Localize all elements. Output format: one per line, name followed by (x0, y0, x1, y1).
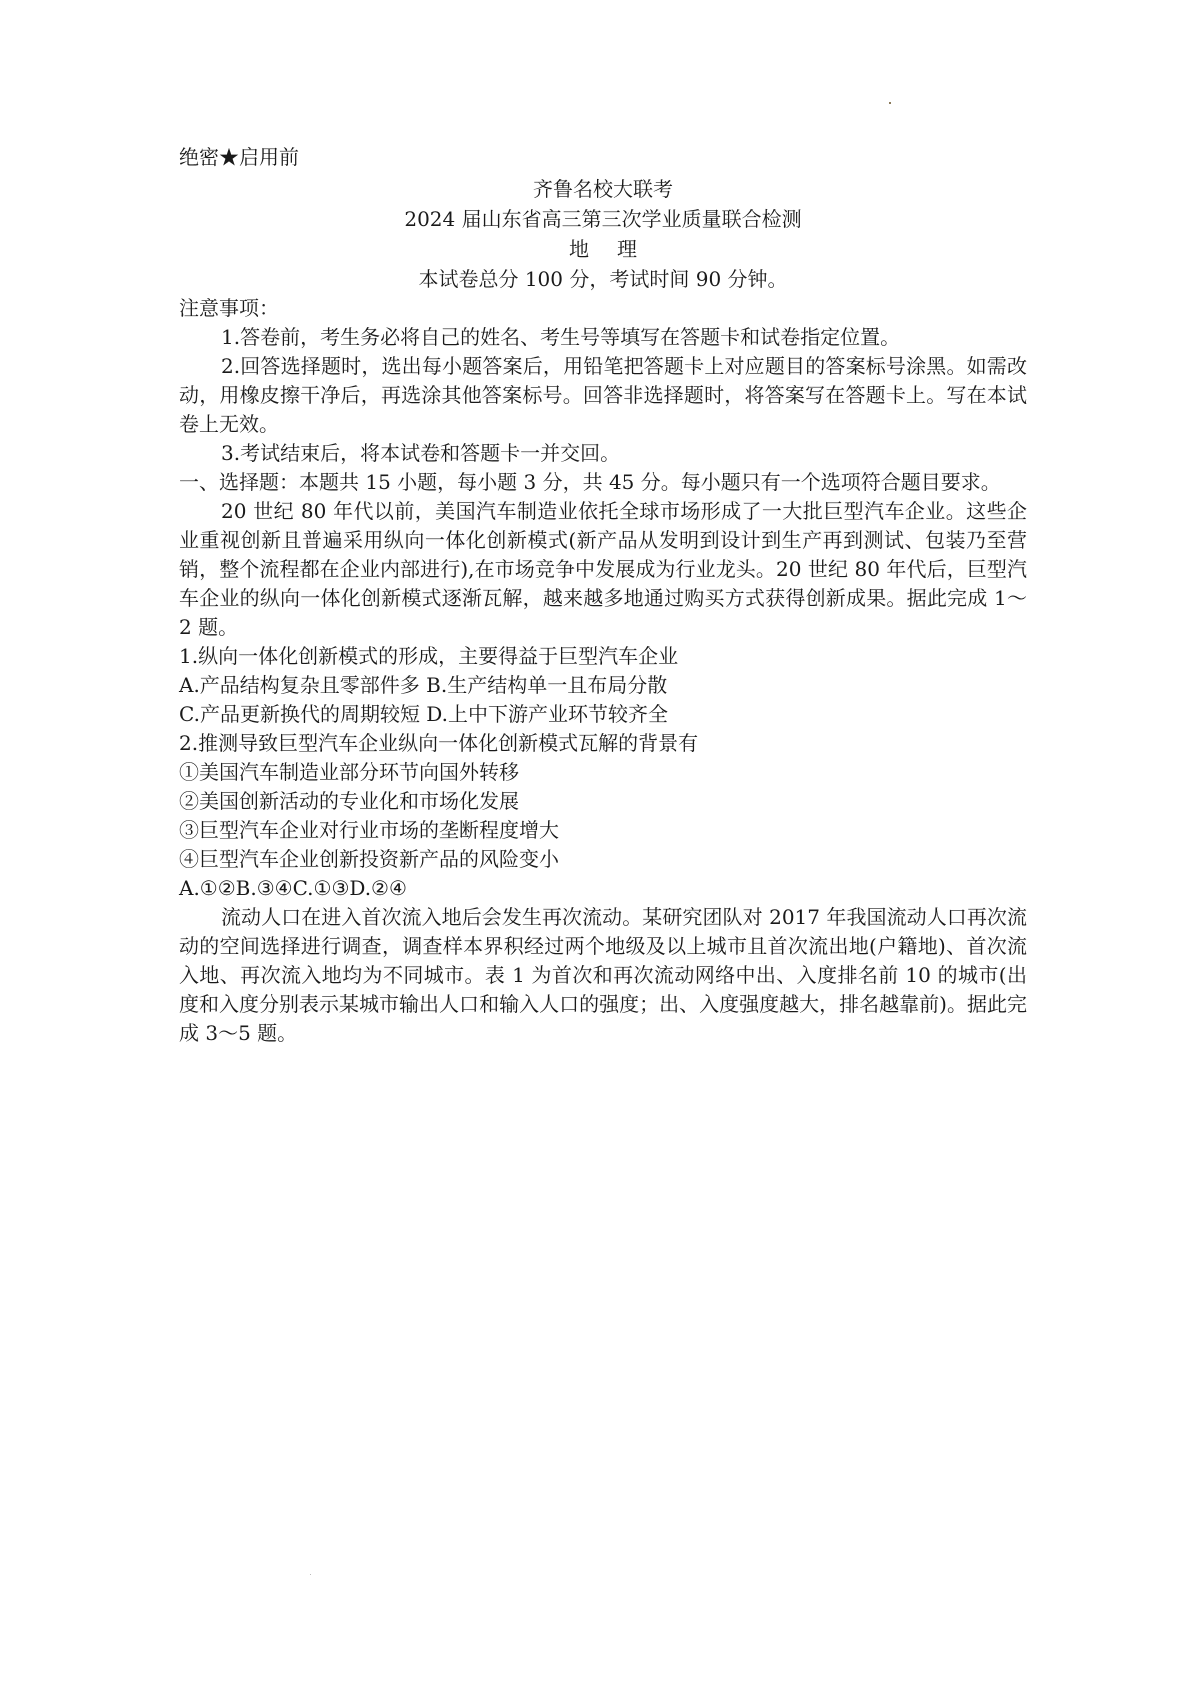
reading-passage-2: 流动人口在进入首次流入地后会发生再次流动。某研究团队对 2017 年我国流动人口… (179, 903, 1027, 1048)
exam-page: 绝密★启用前 齐鲁名校大联考 2024 届山东省高三第三次学业质量联合检测 地理… (179, 143, 1027, 1048)
title-block: 齐鲁名校大联考 2024 届山东省高三第三次学业质量联合检测 地理 本试卷总分 … (179, 174, 1027, 294)
score-time-note: 本试卷总分 100 分，考试时间 90 分钟。 (179, 264, 1027, 294)
notes-heading: 注意事项： (179, 294, 1027, 323)
organization-title: 齐鲁名校大联考 (179, 174, 1027, 204)
note-item: 3.考试结束后，将本试卷和答题卡一并交回。 (179, 439, 1027, 468)
answer-options: A.①②B.③④C.①③D.②④ (179, 874, 1027, 903)
subject-title: 地理 (179, 234, 1027, 264)
question-1: 1.纵向一体化创新模式的形成，主要得益于巨型汽车企业 A.产品结构复杂且零部件多… (179, 642, 1027, 729)
statement-item: ③巨型汽车企业对行业市场的垄断程度增大 (179, 816, 1027, 845)
section-heading: 一、选择题：本题共 15 小题，每小题 3 分，共 45 分。每小题只有一个选项… (179, 468, 1027, 497)
scan-speck (310, 1574, 311, 1575)
question-stem: 2.推测导致巨型汽车企业纵向一体化创新模式瓦解的背景有 (179, 729, 1027, 758)
answer-options: C.产品更新换代的周期较短 D.上中下游产业环节较齐全 (179, 700, 1027, 729)
note-item: 2.回答选择题时，选出每小题答案后，用铅笔把答题卡上对应题目的答案标号涂黑。如需… (179, 352, 1027, 439)
statement-item: ②美国创新活动的专业化和市场化发展 (179, 787, 1027, 816)
scan-speck (889, 102, 891, 104)
note-item: 1.答卷前，考生务必将自己的姓名、考生号等填写在答题卡和试卷指定位置。 (179, 323, 1027, 352)
confidential-mark: 绝密★启用前 (179, 143, 1027, 172)
question-2: 2.推测导致巨型汽车企业纵向一体化创新模式瓦解的背景有 ①美国汽车制造业部分环节… (179, 729, 1027, 903)
notes-section: 注意事项： 1.答卷前，考生务必将自己的姓名、考生号等填写在答题卡和试卷指定位置… (179, 294, 1027, 468)
answer-options: A.产品结构复杂且零部件多 B.生产结构单一且布局分散 (179, 671, 1027, 700)
statement-item: ④巨型汽车企业创新投资新产品的风险变小 (179, 845, 1027, 874)
exam-title: 2024 届山东省高三第三次学业质量联合检测 (179, 204, 1027, 234)
reading-passage-1: 20 世纪 80 年代以前，美国汽车制造业依托全球市场形成了一大批巨型汽车企业。… (179, 497, 1027, 642)
statement-item: ①美国汽车制造业部分环节向国外转移 (179, 758, 1027, 787)
question-stem: 1.纵向一体化创新模式的形成，主要得益于巨型汽车企业 (179, 642, 1027, 671)
